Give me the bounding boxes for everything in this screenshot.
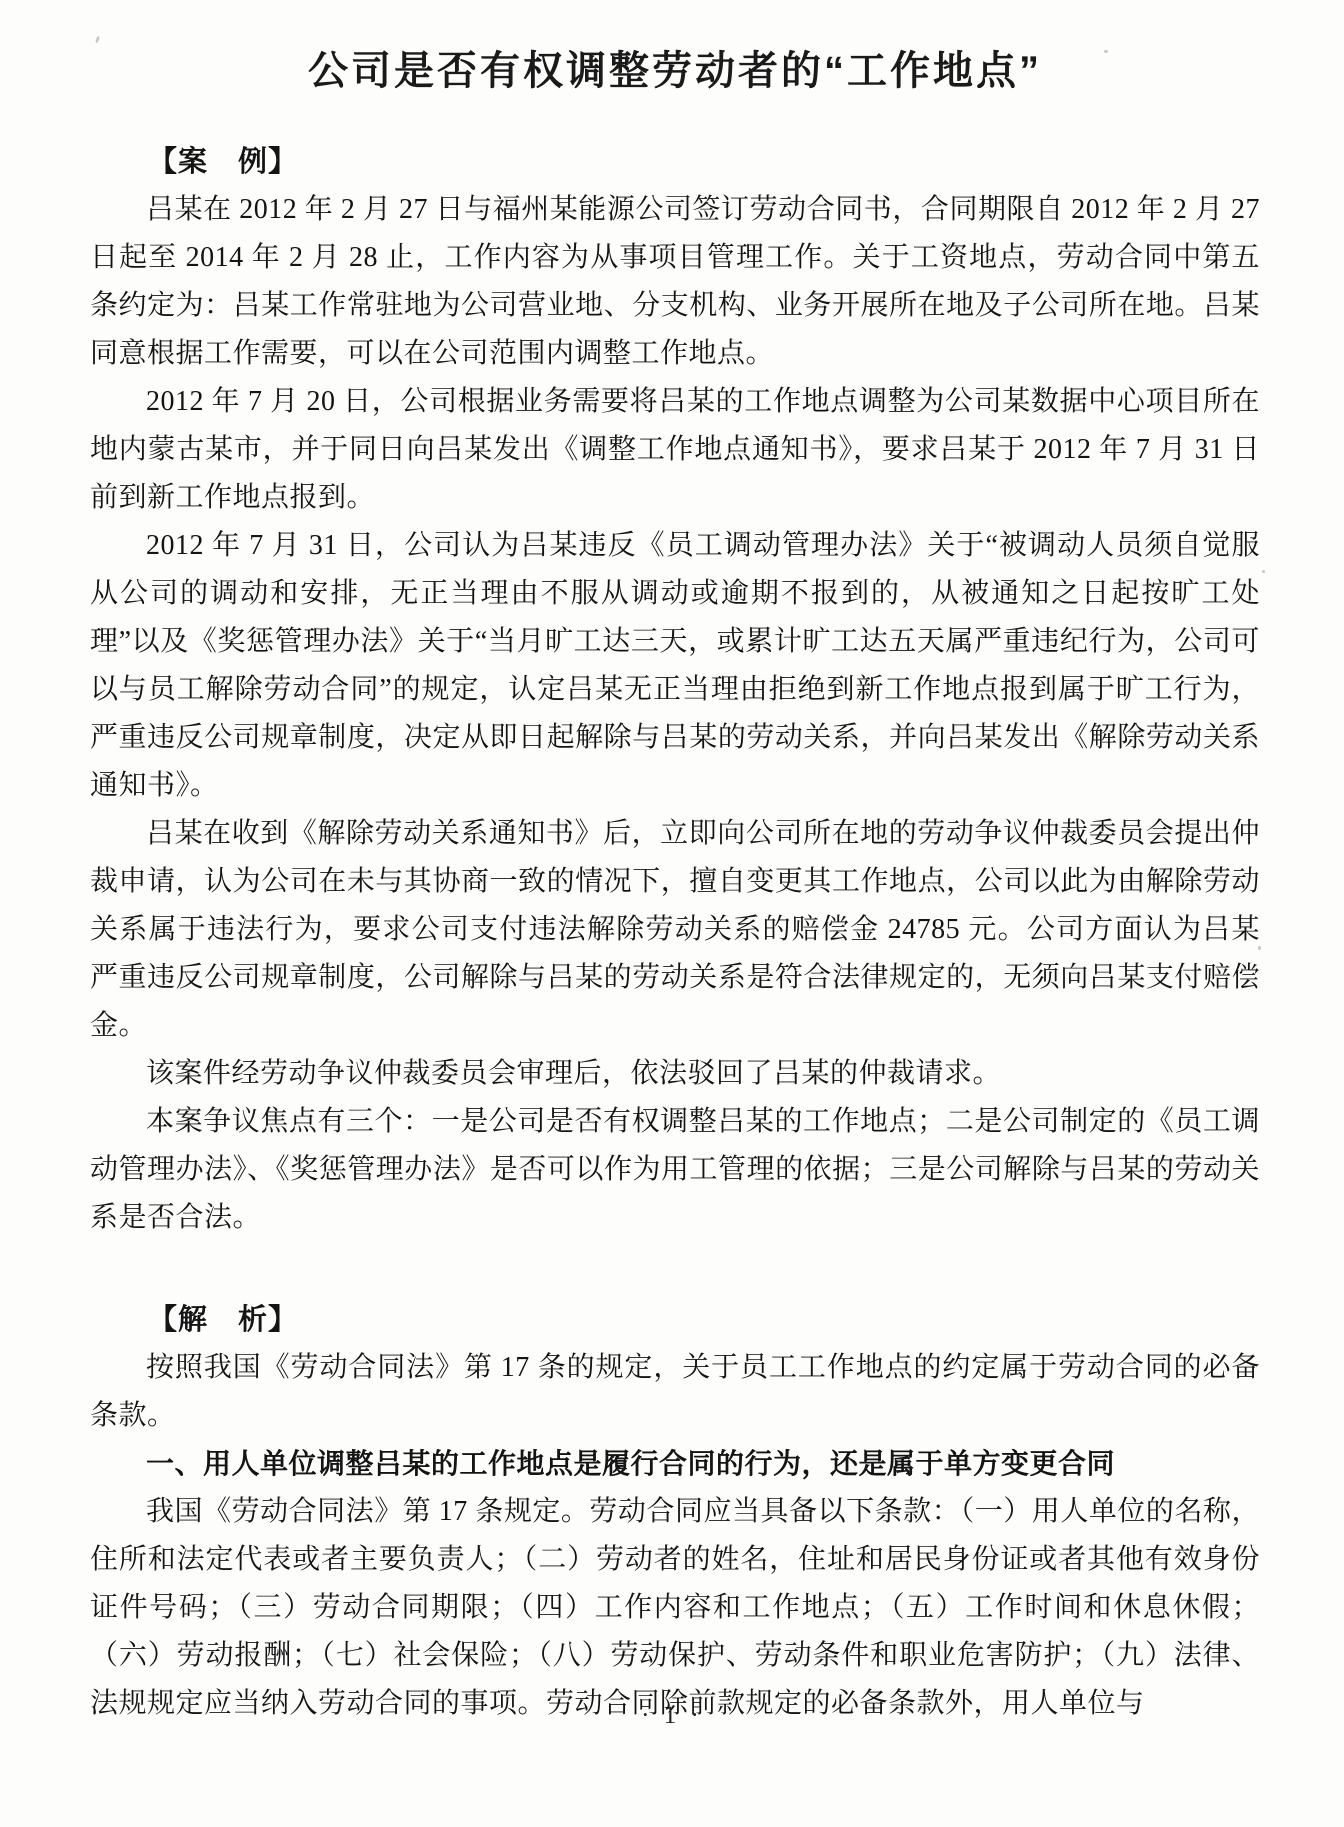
section-heading-case: 【案 例】 xyxy=(90,138,1260,186)
paragraph-analysis-subheading: 一、用人单位调整吕某的工作地点是履行合同的行为，还是属于单方变更合同 xyxy=(90,1440,1260,1488)
paragraph-case-3: 2012 年 7 月 31 日，公司认为吕某违反《员工调动管理办法》关于“被调动… xyxy=(90,522,1260,810)
paragraph-case-2: 2012 年 7 月 20 日，公司根据业务需要将吕某的工作地点调整为公司某数据… xyxy=(90,378,1260,522)
paragraph-analysis-2: 我国《劳动合同法》第 17 条规定。劳动合同应当具备以下条款：（一）用人单位的名… xyxy=(90,1488,1260,1728)
document-title: 公司是否有权调整劳动者的“工作地点” xyxy=(90,44,1260,98)
paragraph-case-1: 吕某在 2012 年 2 月 27 日与福州某能源公司签订劳动合同书，合同期限自… xyxy=(90,186,1260,378)
document-content: 公司是否有权调整劳动者的“工作地点” 【案 例】 吕某在 2012 年 2 月 … xyxy=(90,0,1260,1728)
scan-artifact xyxy=(1262,570,1265,573)
document-page: 公司是否有权调整劳动者的“工作地点” 【案 例】 吕某在 2012 年 2 月 … xyxy=(0,0,1344,1827)
page-number: · 1 · xyxy=(0,1698,1344,1734)
paragraph-analysis-1: 按照我国《劳动合同法》第 17 条的规定，关于员工工作地点的约定属于劳动合同的必… xyxy=(90,1344,1260,1440)
paragraph-case-6: 本案争议焦点有三个：一是公司是否有权调整吕某的工作地点；二是公司制定的《员工调动… xyxy=(90,1098,1260,1242)
paragraph-case-5: 该案件经劳动争议仲裁委员会审理后，依法驳回了吕某的仲裁请求。 xyxy=(90,1050,1260,1098)
paragraph-case-4: 吕某在收到《解除劳动关系通知书》后，立即向公司所在地的劳动争议仲裁委员会提出仲裁… xyxy=(90,810,1260,1050)
section-heading-analysis: 【解 析】 xyxy=(90,1296,1260,1344)
